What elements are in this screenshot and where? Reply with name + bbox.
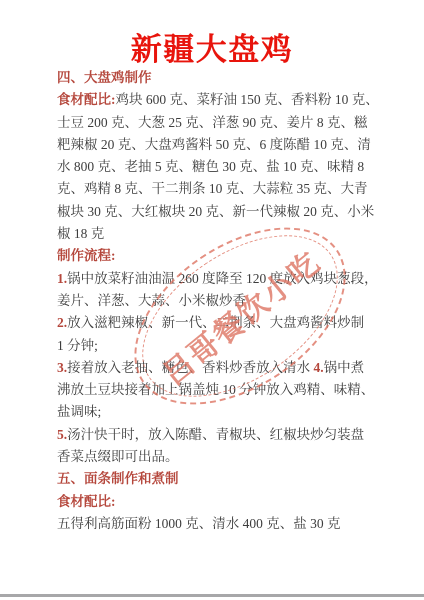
- accent-text: 2.: [57, 315, 67, 330]
- text-line: 1.锅中放菜籽油油温 260 度降至 120 度放入鸡块葱段，: [57, 268, 371, 290]
- text-line: 1 分钟;: [57, 335, 371, 357]
- body-text: 锅中煮: [324, 360, 365, 375]
- body-text: 椒 18 克: [57, 226, 104, 241]
- text-line: 五、面条制作和煮制: [57, 468, 371, 490]
- bottom-divider: [0, 594, 424, 597]
- accent-text: 制作流程:: [57, 248, 116, 263]
- text-line: 沸放土豆块接着加上锅盖炖 10 分钟放入鸡精、味精、: [57, 379, 371, 401]
- text-line: 3.接着放入老抽、糖色、香料炒香放入清水 4.锅中煮: [57, 357, 371, 379]
- text-line: 制作流程:: [57, 245, 371, 267]
- body-text: 水 800 克、老抽 5 克、糖色 30 克、盐 10 克、味精 8: [57, 159, 364, 174]
- document-lines: 四、大盘鸡制作食材配比:鸡块 600 克、菜籽油 150 克、香料粉 10 克、…: [57, 67, 371, 535]
- body-text: 接着放入老抽、糖色、香料炒香放入清水: [67, 360, 313, 375]
- accent-text: 5.: [57, 427, 67, 442]
- body-text: 椒块 30 克、大红椒块 20 克、新一代辣椒 20 克、小米: [57, 204, 374, 219]
- body-text: 粑辣椒 20 克、大盘鸡酱料 50 克、6 度陈醋 10 克、清: [57, 137, 371, 152]
- accent-text: 五、面条制作和煮制: [57, 471, 179, 486]
- accent-text: 3.: [57, 360, 67, 375]
- body-text: 1 分钟;: [57, 338, 98, 353]
- recipe-title: 新疆大盘鸡: [0, 24, 424, 69]
- accent-text: 食材配比:: [57, 92, 116, 107]
- text-line: 盐调味;: [57, 401, 371, 423]
- body-text: 士豆 200 克、大葱 25 克、洋葱 90 克、姜片 8 克、糍: [57, 115, 368, 130]
- text-line: 姜片、洋葱、大蒜、小米椒炒香: [57, 290, 371, 312]
- accent-text: 食材配比:: [57, 494, 116, 509]
- body-text: 姜片、洋葱、大蒜、小米椒炒香: [57, 293, 246, 308]
- body-text: 鸡块 600 克、菜籽油 150 克、香料粉 10 克、: [116, 92, 379, 107]
- body-text: 锅中放菜籽油油温 260 度降至 120 度放入鸡块葱段，: [67, 271, 378, 286]
- body-text: 香菜点缀即可出品。: [57, 449, 179, 464]
- text-line: 水 800 克、老抽 5 克、糖色 30 克、盐 10 克、味精 8: [57, 156, 371, 178]
- text-line: 四、大盘鸡制作: [57, 67, 371, 89]
- text-line: 椒 18 克: [57, 223, 371, 245]
- text-line: 食材配比:: [57, 491, 371, 513]
- text-line: 粑辣椒 20 克、大盘鸡酱料 50 克、6 度陈醋 10 克、清: [57, 134, 371, 156]
- text-line: 克、鸡精 8 克、干二荆条 10 克、大蒜粒 35 克、大青: [57, 178, 371, 200]
- accent-text: 四、大盘鸡制作: [57, 70, 152, 85]
- text-line: 椒块 30 克、大红椒块 20 克、新一代辣椒 20 克、小米: [57, 201, 371, 223]
- recipe-page: 新疆大盘鸡 四、大盘鸡制作食材配比:鸡块 600 克、菜籽油 150 克、香料粉…: [0, 0, 424, 600]
- body-text: 沸放土豆块接着加上锅盖炖 10 分钟放入鸡精、味精、: [57, 382, 374, 397]
- body-text: 汤汁快干时，放入陈醋、青椒块、红椒块炒匀装盘: [67, 427, 364, 442]
- text-line: 士豆 200 克、大葱 25 克、洋葱 90 克、姜片 8 克、糍: [57, 112, 371, 134]
- text-line: 2.放入滋粑辣椒、新一代、二荆条、大盘鸡酱料炒制: [57, 312, 371, 334]
- text-line: 香菜点缀即可出品。: [57, 446, 371, 468]
- text-line: 5.汤汁快干时，放入陈醋、青椒块、红椒块炒匀装盘: [57, 424, 371, 446]
- body-text: 五得利高筋面粉 1000 克、清水 400 克、盐 30 克: [57, 516, 341, 531]
- accent-text: 1.: [57, 271, 67, 286]
- text-line: 食材配比:鸡块 600 克、菜籽油 150 克、香料粉 10 克、: [57, 89, 371, 111]
- text-line: 五得利高筋面粉 1000 克、清水 400 克、盐 30 克: [57, 513, 371, 535]
- body-text: 盐调味;: [57, 404, 101, 419]
- body-text: 放入滋粑辣椒、新一代、二荆条、大盘鸡酱料炒制: [67, 315, 364, 330]
- accent-text: 4.: [314, 360, 324, 375]
- body-text: 克、鸡精 8 克、干二荆条 10 克、大蒜粒 35 克、大青: [57, 181, 368, 196]
